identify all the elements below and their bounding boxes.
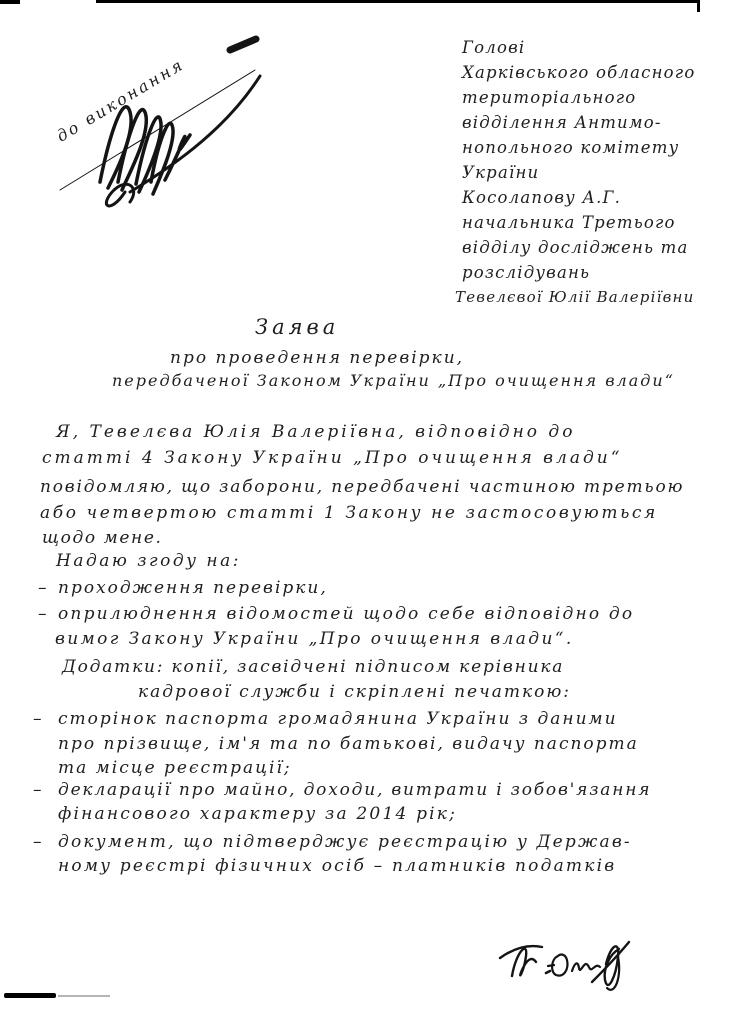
title-line-3: передбаченої Законом України „Про очищен… <box>112 371 675 390</box>
recipient-line: відділення Антимо- <box>462 113 662 132</box>
attachment-item-line: ному реєстрі фізичних осіб – платників п… <box>58 856 616 876</box>
scan-edge-top <box>96 0 700 3</box>
recipient-line: Тевелєвої Юлії Валеріївни <box>455 288 694 306</box>
list-dash: – <box>33 709 43 729</box>
attachments-intro-line: кадрової служби і скріплені печаткою: <box>138 682 571 702</box>
paragraph-line: Я, Тевелєва Юлія Валеріївна, відповідно … <box>56 422 575 442</box>
list-dash: – <box>38 578 48 598</box>
paragraph-line: статті 4 Закону України „Про очищення вл… <box>42 448 622 468</box>
title-line-1: Заява <box>255 315 339 339</box>
recipient-line: відділу досліджень та <box>462 238 689 257</box>
consent-item-line: оприлюднення відомостей щодо себе відпов… <box>58 604 634 624</box>
consent-item-line: проходження перевірки, <box>58 578 328 598</box>
recipient-line: начальника Третього <box>462 213 676 232</box>
recipient-line: Косолапову А.Г. <box>462 188 621 207</box>
attachment-item-line: декларації про майно, доходи, витрати і … <box>58 780 651 800</box>
applicant-signature <box>492 926 652 1001</box>
recipient-line: України <box>462 163 539 182</box>
recipient-line: Голові <box>462 38 525 57</box>
attachment-item-line: документ, що підтверджує реєстрацію у Де… <box>58 832 632 852</box>
recipient-line: розслідувань <box>462 263 590 282</box>
title-line-2: про проведення перевірки, <box>170 348 464 368</box>
paragraph-line: або четвертою статті 1 Закону не застосо… <box>40 503 658 523</box>
consent-intro: Надаю згоду на: <box>56 551 241 571</box>
list-dash: – <box>38 604 48 624</box>
scan-mark-bottom-left-tail <box>58 995 110 997</box>
paragraph-line: щодо мене. <box>42 528 162 548</box>
scan-mark-bottom-left <box>4 993 56 998</box>
scan-edge-top-right-tick <box>697 0 700 12</box>
attachment-item-line: та місце реєстрації; <box>58 758 292 778</box>
scan-edge-top-left <box>0 0 20 4</box>
paragraph-line: повідомляю, що заборони, передбачені час… <box>40 477 684 497</box>
attachment-item-line: сторінок паспорта громадянина України з … <box>58 709 618 729</box>
consent-item-line: вимог Закону України „Про очищення влади… <box>55 629 574 649</box>
recipient-line: територіального <box>462 88 636 107</box>
attachment-item-line: фінансового характеру за 2014 рік; <box>58 804 457 824</box>
attachment-item-line: про прізвище, ім'я та по батькові, видач… <box>58 734 639 754</box>
list-dash: – <box>33 780 43 800</box>
attachments-intro-line: Додатки: копії, засвідчені підписом кері… <box>62 657 564 677</box>
list-dash: – <box>33 832 43 852</box>
recipient-line: нопольного комітету <box>462 138 679 157</box>
recipient-line: Харківського обласного <box>462 63 695 82</box>
scanned-handwritten-application: до виконання Голові Харківського обласно… <box>0 0 734 1010</box>
